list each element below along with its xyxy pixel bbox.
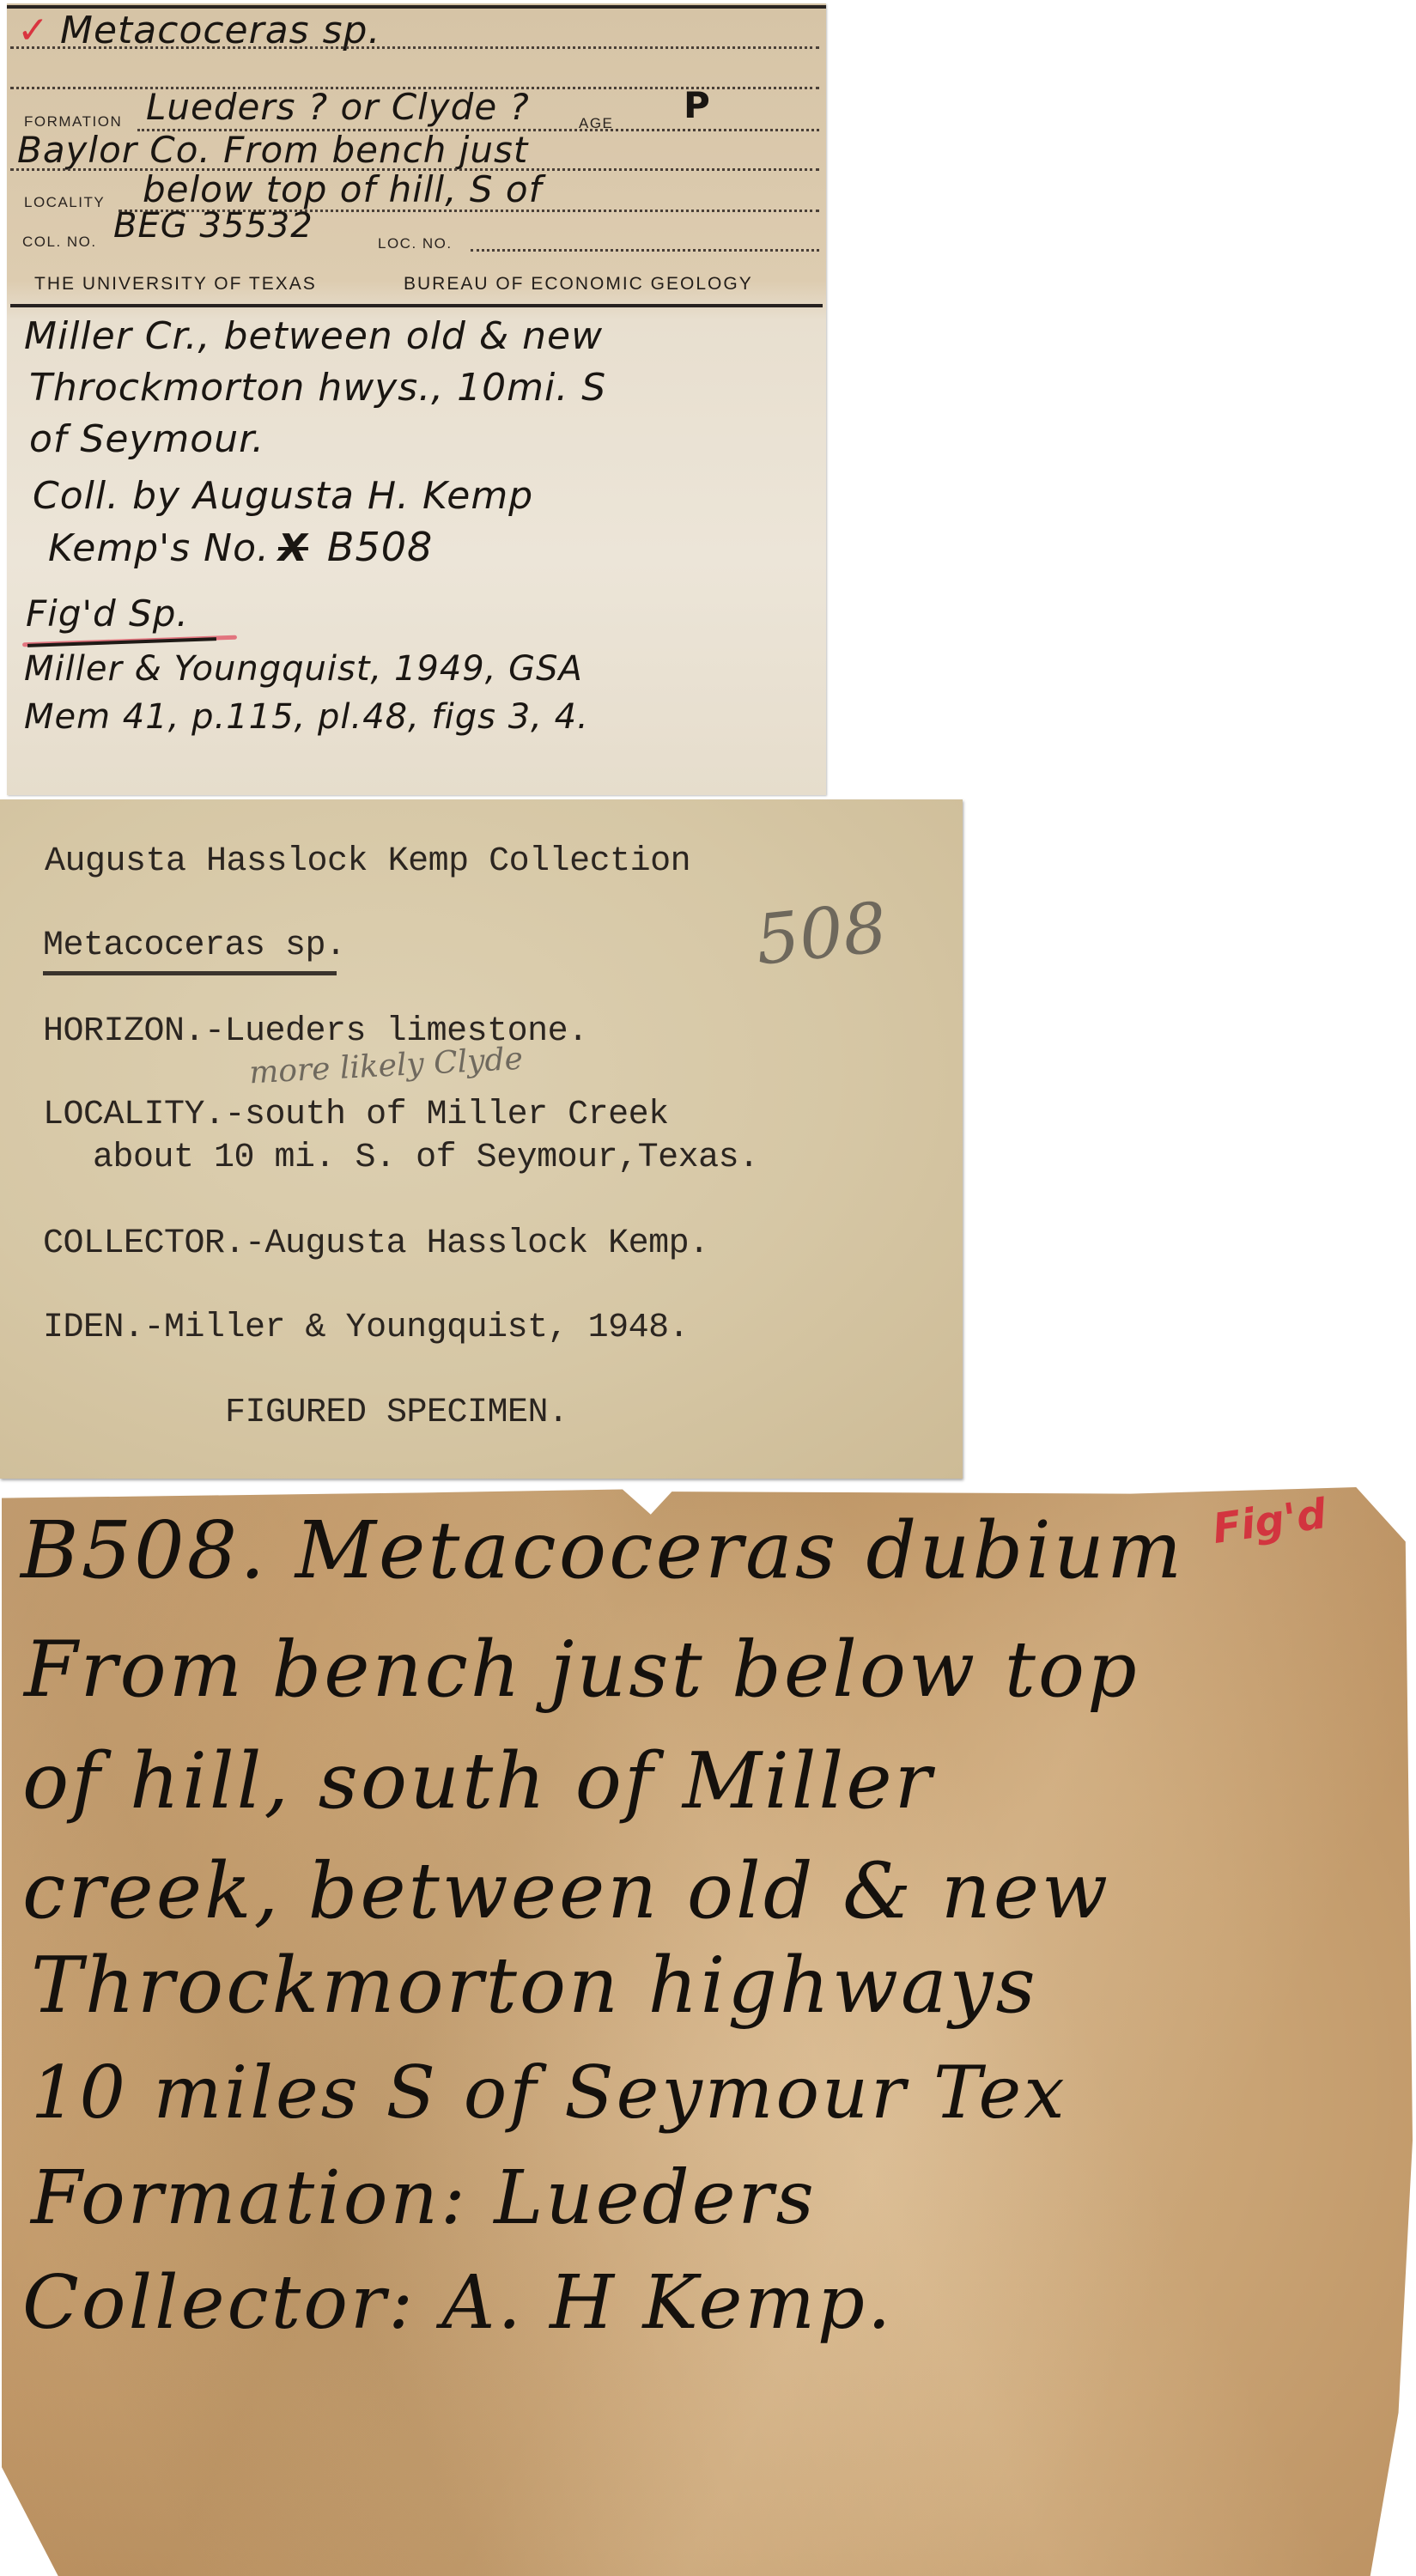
collection-title: Augusta Hasslock Kemp Collection	[45, 842, 690, 881]
collector-line: Coll. by Augusta H. Kemp	[33, 474, 533, 518]
kemps-no-label: Kemp's No.	[48, 526, 270, 570]
handwritten-field-note: Fig'd B508. Metacoceras dubium From benc…	[2, 1487, 1413, 2576]
note-line-3: of hill, south of Miller	[22, 1736, 934, 1826]
locality-line-1: Baylor Co. From bench just	[17, 129, 528, 171]
locality-line-2: below top of hill, S of	[143, 168, 542, 210]
university-name: THE UNIVERSITY OF TEXAS	[34, 274, 317, 295]
note-line-1: B508. Metacoceras dubium	[21, 1504, 1184, 1596]
figured-specimen-label: Fig'd Sp.	[26, 592, 189, 635]
dotted-rule	[471, 249, 819, 252]
note-line-3: of Seymour.	[29, 417, 264, 461]
loc-no-label: LOC. NO.	[378, 235, 453, 252]
note-line-5: Throckmorton highways	[31, 1941, 1038, 2031]
footer-rule	[10, 304, 823, 307]
taxon-species: sp.	[265, 927, 346, 965]
taxon-genus: Metacoceras	[43, 927, 265, 965]
formation-value: Lueders ? or Clyde ?	[146, 86, 530, 128]
red-figured-annotation: Fig'd	[1210, 1490, 1329, 1553]
taxon-row: Metacoceras sp.	[43, 927, 346, 965]
note-line-2: From bench just below top	[24, 1625, 1139, 1715]
figured-specimen-status: FIGURED SPECIMEN.	[225, 1394, 568, 1432]
kemps-number-row: Kemp's No. X B508	[48, 524, 433, 570]
handwritten-number: 508	[752, 887, 891, 980]
age-value: P	[684, 84, 711, 126]
kemps-no-value: B508	[327, 524, 433, 570]
col-no-value: BEG 35532	[113, 206, 313, 246]
collector-line: COLLECTOR.-Augusta Hasslock Kemp.	[43, 1224, 709, 1263]
beg-specimen-card: ✓ Metacoceras sp. FORMATION Lueders ? or…	[7, 3, 826, 795]
note-line-1: Miller Cr., between old & new	[24, 314, 603, 358]
bureau-name: BUREAU OF ECONOMIC GEOLOGY	[404, 274, 753, 295]
taxon-underline	[43, 971, 337, 975]
note-line-8-collector: Collector: A. H Kemp.	[22, 2260, 893, 2346]
locality-line-2: about 10 mi. S. of Seymour,Texas.	[93, 1139, 759, 1177]
identification-line: IDEN.-Miller & Youngquist, 1948.	[43, 1309, 689, 1347]
reference-line-2: Mem 41, p.115, pl.48, figs 3, 4.	[24, 697, 589, 737]
kemp-collection-label: Augusta Hasslock Kemp Collection Metacoc…	[0, 799, 963, 1479]
locality-line-1: LOCALITY.-south of Miller Creek	[43, 1096, 669, 1134]
note-line-4: creek, between old & new	[22, 1846, 1110, 1936]
dotted-rule	[10, 46, 819, 49]
formation-label: FORMATION	[24, 113, 122, 131]
kemps-no-struck: X	[278, 526, 308, 570]
note-line-2: Throckmorton hwys., 10mi. S	[29, 366, 606, 410]
locality-label: LOCALITY	[24, 194, 105, 211]
note-line-6: 10 miles S of Seymour Tex	[31, 2050, 1067, 2135]
col-no-label: COL. NO.	[22, 234, 97, 251]
reference-line-1: Miller & Youngquist, 1949, GSA	[24, 649, 583, 689]
note-line-7-formation: Formation: Lueders	[31, 2155, 817, 2241]
